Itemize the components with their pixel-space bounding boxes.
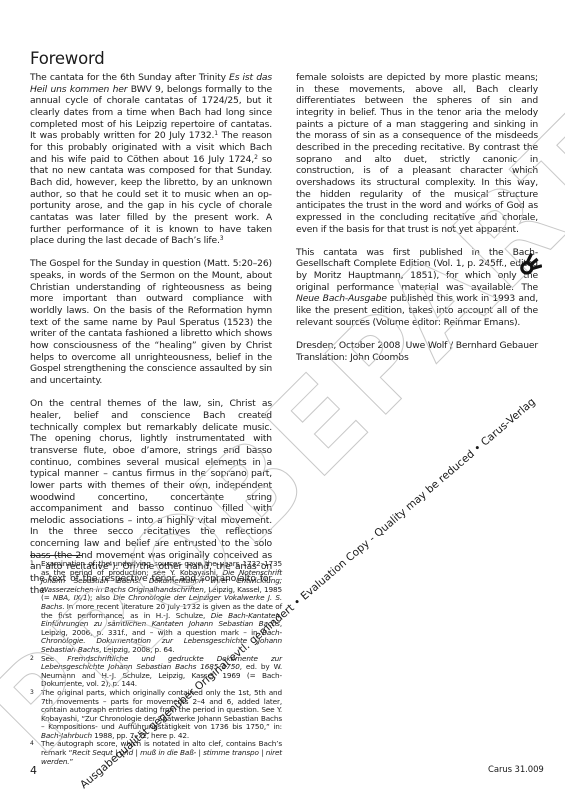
paragraph-publication: This cantata was first published in the … bbox=[296, 247, 538, 329]
paragraph-gospel: The Gospel for the Sunday in question (M… bbox=[30, 258, 272, 386]
footnote-2: 2See Fremdschriftliche und gedruckte Dok… bbox=[30, 655, 282, 689]
document-page: Foreword The cantata for the 6th Sunday … bbox=[0, 0, 565, 800]
left-column: The cantata for the 6th Sunday after Tri… bbox=[30, 72, 272, 596]
right-column: female soloists are depicted by more pla… bbox=[296, 72, 538, 363]
footnotes: 1Examination of the underlying sources g… bbox=[30, 560, 282, 766]
paragraph-soloists: female soloists are depicted by more pla… bbox=[296, 72, 538, 235]
footnote-divider bbox=[30, 555, 82, 556]
footnote-number: 1 bbox=[30, 560, 34, 569]
carus-logo-icon bbox=[518, 252, 542, 276]
footnote-ref-3[interactable]: 3 bbox=[220, 235, 224, 242]
place-date: Dresden, October 2008 bbox=[296, 340, 400, 352]
page-title: Foreword bbox=[30, 49, 105, 68]
authors: Uwe Wolf / Bernhard Gebauer bbox=[406, 340, 538, 352]
catalog-number: Carus 31.009 bbox=[488, 765, 544, 775]
edition-title: Neue Bach-Ausgabe bbox=[296, 293, 387, 304]
translator: Translation: John Coombs bbox=[296, 352, 538, 364]
footnote-number: 3 bbox=[30, 689, 34, 698]
page-number: 4 bbox=[30, 764, 37, 777]
footnote-1: 1Examination of the underlying sources g… bbox=[30, 560, 282, 655]
footnote-4: 4The autograph score, which is notated i… bbox=[30, 740, 282, 766]
footnote-3: 3The original parts, which originally co… bbox=[30, 689, 282, 741]
paragraph-intro: The cantata for the 6th Sunday after Tri… bbox=[30, 72, 272, 247]
signature-block: Dresden, October 2008 Uwe Wolf / Bernhar… bbox=[296, 340, 538, 352]
footnote-number: 2 bbox=[30, 655, 34, 664]
footnote-number: 4 bbox=[30, 740, 34, 749]
